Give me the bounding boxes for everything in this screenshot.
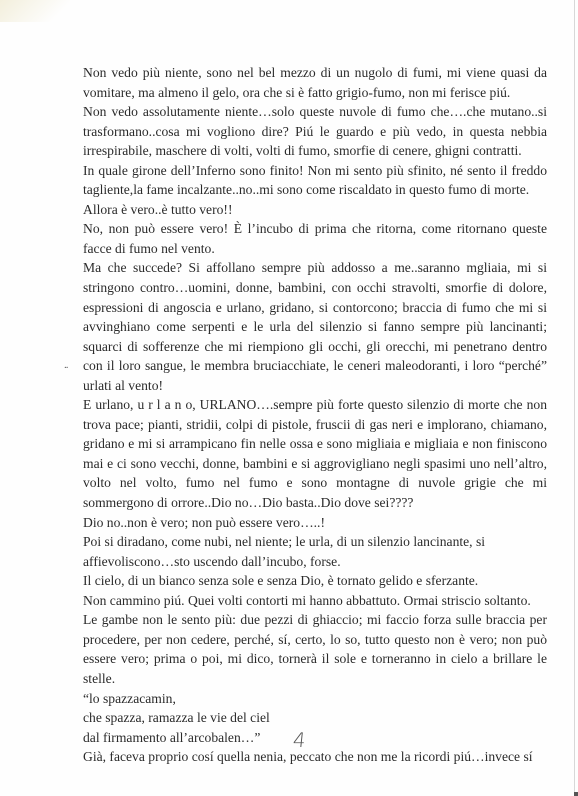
- verse-line-3: dal firmamento all’arcobalen…”: [83, 728, 547, 748]
- paragraph-4: Allora è vero..è tutto vero!!: [83, 200, 547, 220]
- margin-mark: ..: [64, 359, 68, 371]
- paragraph-11: Non cammino piú. Quei volti contorti mi …: [83, 591, 547, 611]
- verse-line-2: che spazza, ramazza le vie del ciel: [83, 708, 547, 728]
- paragraph-8: Dio no..non è vero; non può essere vero……: [83, 513, 547, 533]
- paragraph-13: Già, faceva proprio cosí quella nenia, p…: [83, 747, 547, 767]
- page-number: 4: [292, 728, 307, 752]
- paragraph-3: In quale girone dell’Inferno sono finito…: [83, 161, 547, 200]
- verse-line-1: “lo spazzacamin,: [83, 689, 547, 709]
- paragraph-7: E urlano, u r l a n o, URLANO….sempre pi…: [83, 395, 547, 512]
- paragraph-2: Non vedo assolutamente niente…solo quest…: [83, 102, 547, 161]
- scan-edge-line: [574, 0, 575, 796]
- paragraph-9: Poi si diradano, come nubi, nel niente; …: [83, 532, 547, 571]
- paragraph-5: No, non può essere vero! È l’incubo di p…: [83, 219, 547, 258]
- paragraph-10: Il cielo, di un bianco senza sole e senz…: [83, 571, 547, 591]
- paragraph-12: Le gambe non le sento più: due pezzi di …: [83, 610, 547, 688]
- paragraph-6: Ma che succede? Si affollano sempre più …: [83, 258, 547, 395]
- body-text: Non vedo più niente, sono nel bel mezzo …: [83, 63, 547, 767]
- paragraph-1: Non vedo più niente, sono nel bel mezzo …: [83, 63, 547, 102]
- scan-corner-tint: [0, 0, 70, 22]
- scanned-page: Non vedo più niente, sono nel bel mezzo …: [0, 0, 578, 796]
- scan-edge-mark: [574, 792, 578, 796]
